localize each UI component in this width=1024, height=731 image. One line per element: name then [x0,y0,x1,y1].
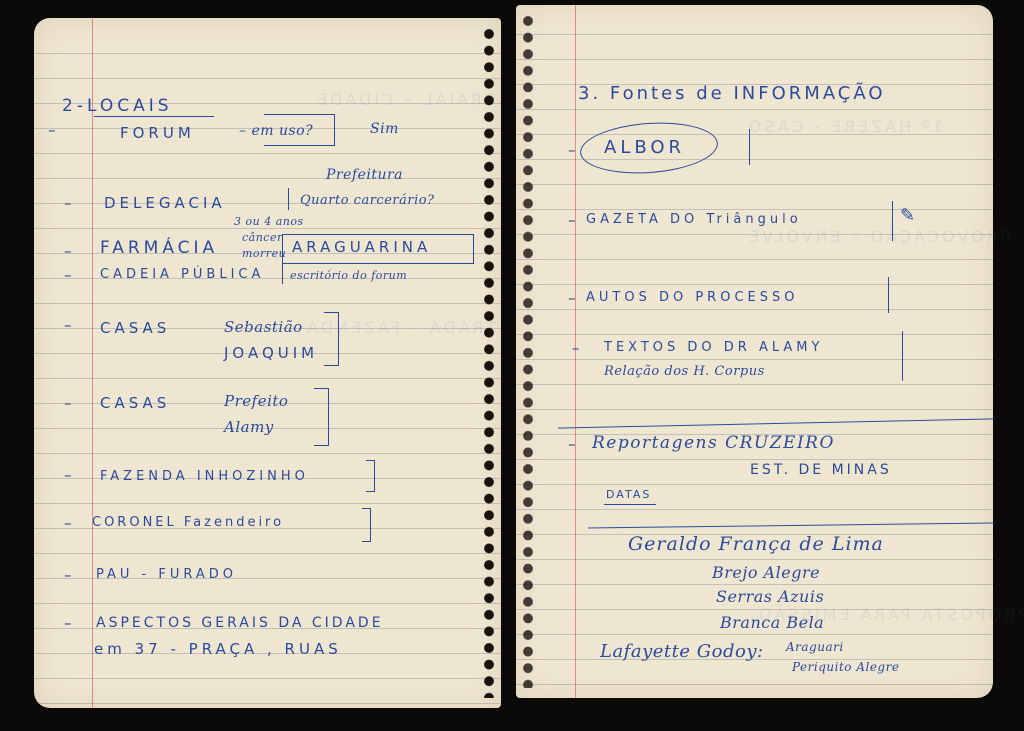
bullet: – [64,196,76,211]
item-reportagens-cruzeiro: Reportagens CRUZEIRO [592,435,835,452]
item-albor: ALBOR [604,139,685,157]
bracket [888,277,889,313]
work-serras-azuis: Serras Azuis [716,589,824,605]
note-quarto-carcerario: Quarto carcerário? [300,194,435,207]
bracket [366,460,375,492]
bullet: – [572,341,584,356]
bracket [902,331,903,381]
bullet: – [568,213,580,228]
bullet: – [568,437,580,452]
item-estado-de-minas: EST. DE MINAS [750,463,892,477]
item-farmacia: FARMÁCIA [100,240,218,257]
bullet: – [64,568,76,583]
show-through-text: 1º HAZERE - CASO [746,117,943,136]
place-araguari: Araguari [786,641,844,653]
item-textos-dr-alamy: TEXTOS DO DR ALAMY [604,341,823,354]
work-brejo-alegre: Brejo Alegre [712,565,820,581]
notebook-page-left: ARRAIAL – CIDADE — ESTRADA – FAZENDA 2-L… [34,18,501,708]
bullet: – [64,616,76,631]
note-escritorio-forum: escritório do forum [290,270,407,281]
bullet: – [568,291,580,306]
bracket [288,188,289,210]
bullet: – [64,268,76,283]
note-prefeitura: Prefeitura [326,168,403,182]
casa-prefeito: Prefeito [224,394,288,409]
item-forum: FORUM [120,126,195,141]
spiral-holes [522,15,534,688]
item-araguarina: ARAGUARINA [292,240,431,255]
bullet: – [568,143,580,158]
show-through-text: ARRAIAL – CIDADE [314,90,510,109]
item-gazeta-do-triangulo: GAZETA DO Triângulo [586,213,802,226]
author-lafayette-godoy: Lafayette Godoy: [600,643,764,661]
red-margin-line [92,18,93,708]
item-autos-do-processo: AUTOS DO PROCESSO [586,291,798,304]
item-coronel-fazendeiro: CORONEL Fazendeiro [92,516,284,529]
author-geraldo-franca-de-lima: Geraldo França de Lima [628,535,884,554]
bracket [264,114,335,146]
section-divider [558,418,994,428]
item-relacao-habeas-corpus: Relação dos H. Corpus [604,365,765,378]
spiral-holes [483,28,495,698]
bracket [324,312,339,366]
note-sim: Sim [370,122,399,136]
item-delegacia: DELEGACIA [104,196,226,211]
label-datas: DATAS [606,489,651,500]
bullet: – [64,516,76,531]
section-heading-fontes: 3. Fontes de INFORMAÇÃO [578,85,886,103]
item-aspectos-continuation: em 37 - PRAÇA , RUAS [94,642,342,657]
scribble-mark: ✎ [900,207,917,225]
bullet: – [64,396,76,411]
item-fazenda-inhozinho: FAZENDA INHOZINHO [100,470,309,483]
notebook-spine [501,0,516,731]
item-aspectos-gerais: ASPECTOS GERAIS DA CIDADE [96,616,384,630]
notebook-page-right: 1º HAZERE - CASO PROVOCAÇÃO – ENVOLVE PR… [516,5,993,698]
casa-alamy: Alamy [224,420,274,435]
bullet: – [64,468,76,483]
note-morreu: morreu [242,248,286,259]
work-branca-bela: Branca Bela [720,615,824,631]
note-3-ou-4-anos: 3 ou 4 anos [234,216,304,227]
casa-sebastiao: Sebastião [224,320,303,335]
datas-underline [604,504,656,505]
bracket [749,129,750,165]
bracket [362,508,371,542]
item-casas: CASAS [100,321,170,336]
section-heading-locais: 2-LOCAIS [62,98,173,115]
section-divider [588,523,994,529]
bullet: – [64,244,76,259]
item-pau-furado: PAU - FURADO [96,568,237,581]
bracket [314,388,329,446]
bracket [892,201,893,241]
heading-underline [94,116,214,117]
note-cancer: câncer [242,232,283,243]
bullet: – [48,123,60,138]
casa-joaquim: JOAQUIM [224,346,318,361]
bullet: – [64,318,76,333]
item-cadeia-publica: CADEIA PÚBLICA [100,268,264,281]
item-casas: CASAS [100,396,170,411]
show-through-text: PROVOCAÇÃO – ENVOLVE [746,227,1010,246]
place-periquito-alegre: Periquito Alegre [792,661,899,673]
bracket [282,262,283,284]
